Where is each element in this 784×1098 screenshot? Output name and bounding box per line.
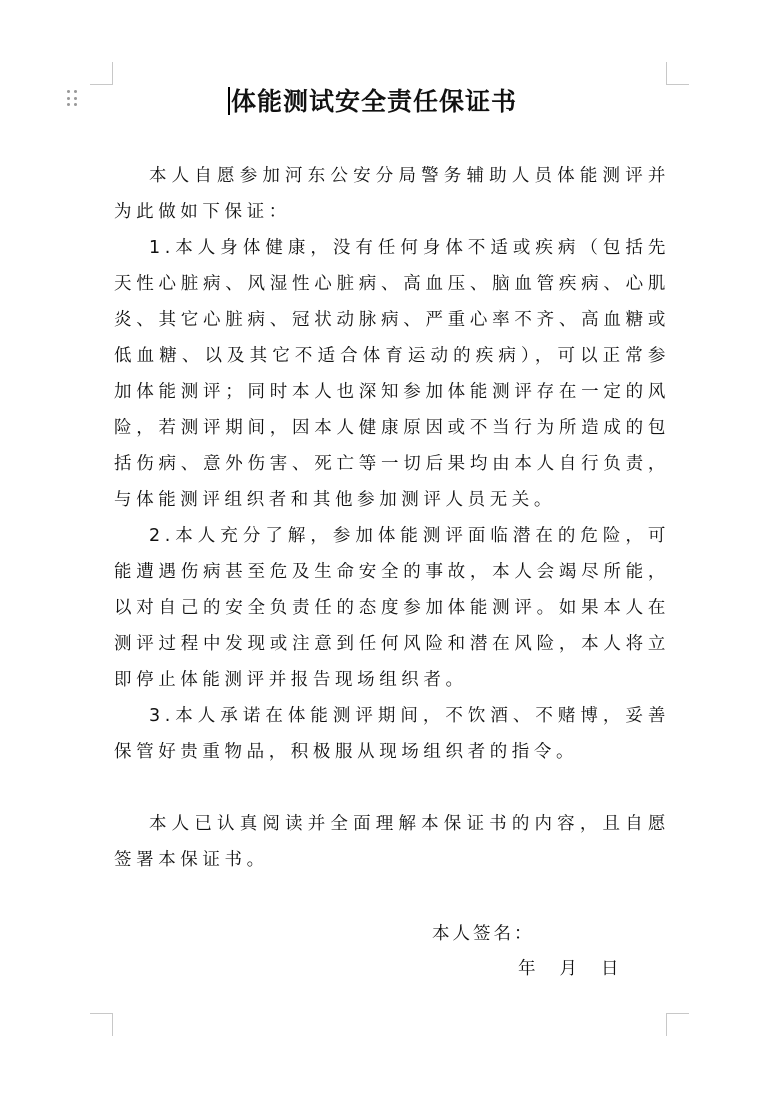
blank-line [114,770,670,806]
paragraph-item-3: 3.本人承诺在体能测评期间，不饮酒、不赌博，妥善保管好贵重物品，积极服从现场组织… [114,698,670,770]
date-month: 月 [560,959,578,979]
date-year: 年 [518,959,536,979]
paragraph-item-1: 1.本人身体健康，没有任何身体不适或疾病（包括先天性心脏病、风湿性心脏病、高血压… [114,230,670,518]
page-corner-bottom-right [666,1013,689,1036]
date-line: 年月日 [518,955,619,980]
document-body[interactable]: 本人自愿参加河东公安分局警务辅助人员体能测评并为此做如下保证： 1.本人身体健康… [114,158,670,878]
page-corner-top-left [90,62,113,85]
signature-label: 本人签名： [432,920,535,945]
page-corner-bottom-left [90,1013,113,1036]
page-corner-top-right [666,62,689,85]
paragraph-intro: 本人自愿参加河东公安分局警务辅助人员体能测评并为此做如下保证： [114,158,670,230]
paragraph-acknowledgement: 本人已认真阅读并全面理解本保证书的内容，且自愿签署本保证书。 [114,806,670,878]
document-title[interactable]: 体能测试安全责任保证书 [228,82,558,118]
text-cursor [228,87,230,115]
drag-handle-icon[interactable] [67,90,79,108]
date-day: 日 [601,959,619,979]
paragraph-item-2: 2.本人充分了解，参加体能测评面临潜在的危险，可能遭遇伤病甚至危及生命安全的事故… [114,518,670,698]
